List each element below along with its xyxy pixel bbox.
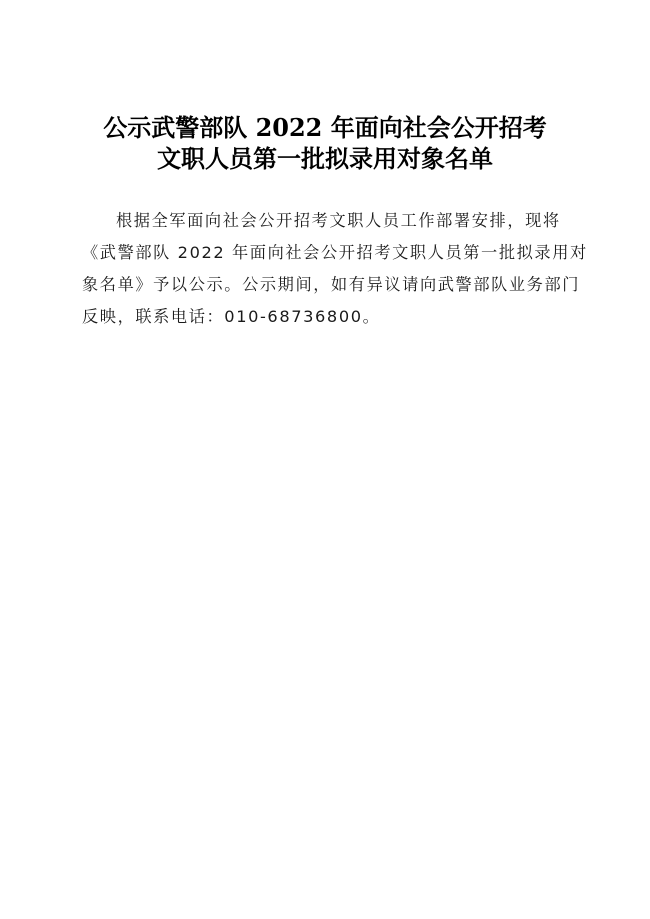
paragraph-line-4: 反映，联系电话：010-68736800。 [82, 301, 570, 333]
document-title-line-1: 公示武警部队 2022 年面向社会公开招考 [0, 113, 650, 143]
paragraph-line-3: 象名单》予以公示。公示期间，如有异议请向武警部队业务部门 [82, 269, 570, 301]
document-page: 公示武警部队 2022 年面向社会公开招考 文职人员第一批拟录用对象名单 根据全… [0, 0, 650, 919]
document-title-line-2: 文职人员第一批拟录用对象名单 [0, 144, 650, 174]
paragraph-line-2: 《武警部队 2022 年面向社会公开招考文职人员第一批拟录用对 [82, 237, 570, 269]
announcement-paragraph: 根据全军面向社会公开招考文职人员工作部署安排，现将 《武警部队 2022 年面向… [82, 205, 570, 333]
paragraph-line-1: 根据全军面向社会公开招考文职人员工作部署安排，现将 [82, 205, 570, 237]
